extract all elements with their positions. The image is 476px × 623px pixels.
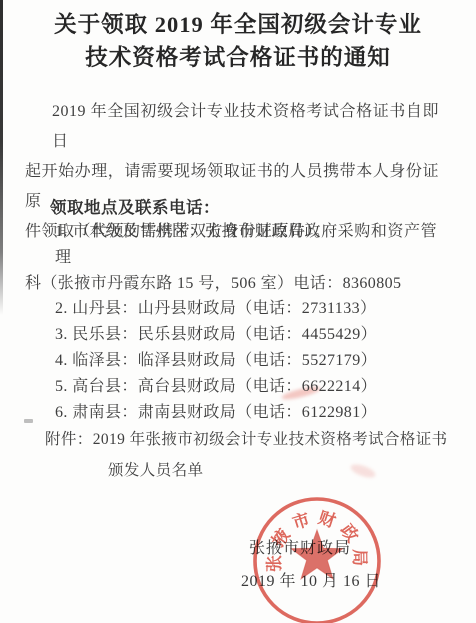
notice-title: 关于领取 2019 年全国初级会计专业 技术资格考试合格证书的通知	[0, 8, 476, 74]
notice-title-line2: 技术资格考试合格证书的通知	[0, 41, 476, 74]
notice-document: 关于领取 2019 年全国初级会计专业 技术资格考试合格证书的通知 2019 年…	[0, 0, 476, 623]
location-line: 6. 肃南县：肃南县财政局（电话：6122981）	[25, 400, 437, 426]
location-line: 1. 市本级及甘州区：张掖市财政局政府采购和资产管理	[25, 219, 437, 271]
location-line: 2. 山丹县：山丹县财政局（电话：2731133）	[25, 296, 437, 322]
official-seal-stamp: 张掖市财政局	[247, 496, 387, 623]
intro-line: 2019 年全国初级会计专业技术资格考试合格证书自即日	[25, 97, 439, 157]
attachment-line: 颁发人员名单	[45, 455, 447, 486]
location-line: 4. 临泽县：临泽县财政局（电话：5527179）	[25, 348, 437, 374]
location-line: 科（张掖市丹霞东路 15 号，506 室）电话：8360805	[25, 271, 437, 297]
section-heading: 领取地点及联系电话：	[50, 194, 220, 218]
location-line: 5. 高台县：高台县财政局（电话：6622214）	[25, 374, 437, 400]
attachment-line: 附件：2019 年张掖市初级会计专业技术资格考试合格证书	[45, 424, 447, 455]
attachment-note: 附件：2019 年张掖市初级会计专业技术资格考试合格证书 颁发人员名单	[45, 424, 447, 486]
location-line: 3. 民乐县：民乐县财政局（电话：4455429）	[25, 322, 437, 348]
notice-title-line1: 关于领取 2019 年全国初级会计专业	[0, 8, 476, 41]
location-list: 1. 市本级及甘州区：张掖市财政局政府采购和资产管理 科（张掖市丹霞东路 15 …	[25, 219, 437, 425]
seal-star-icon	[291, 530, 342, 579]
